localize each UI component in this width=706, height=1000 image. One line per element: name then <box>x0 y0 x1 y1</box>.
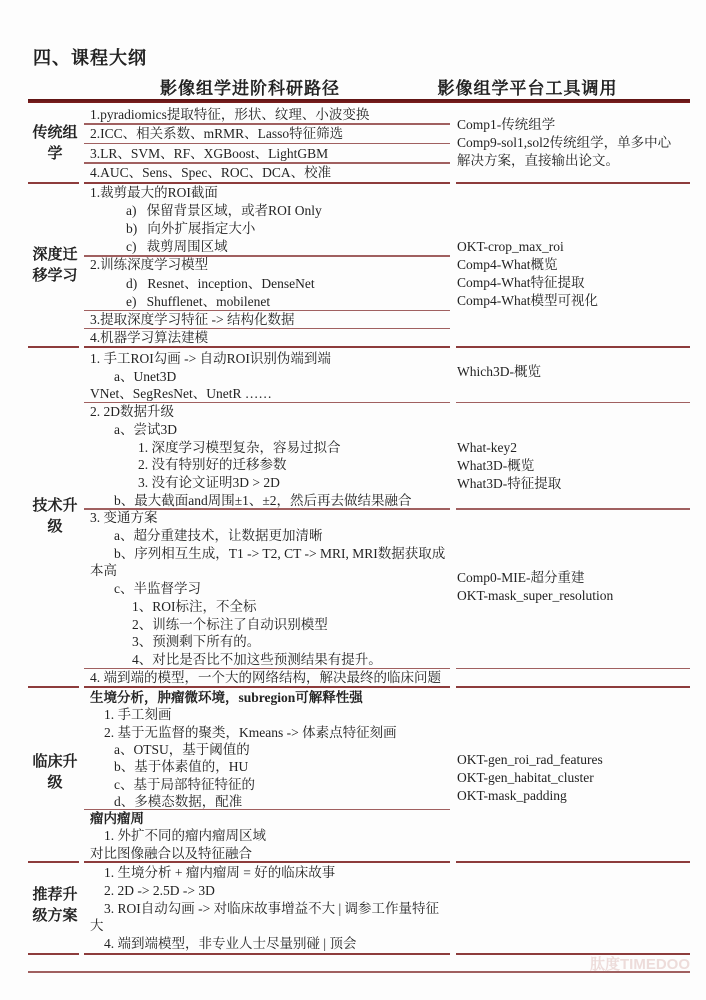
course-outline-page: 四、课程大纲 影像组学进阶科研路径 影像组学平台工具调用 传统组学1.pyrad… <box>0 0 706 1000</box>
outline-row: a、超分重建技术，让数据更加清晰 <box>90 527 476 545</box>
section-label: 传统组学 <box>28 123 82 165</box>
table-top-rule <box>28 99 690 103</box>
outline-row: 2.训练深度学习模型 <box>90 256 452 274</box>
outline-row: 4. 端到端模型，非专业人士尽量别碰 | 顶会 <box>90 935 466 953</box>
separator-segment <box>456 182 690 184</box>
outline-row: b) 向外扩展指定大小 <box>90 220 488 238</box>
separator-segment <box>456 686 690 688</box>
tool-call-group: OKT-crop_max_roi Comp4-What概览 Comp4-What… <box>457 238 693 310</box>
separator-segment <box>456 668 690 669</box>
outline-row: 1. 生境分析 + 瘤内瘤周 = 好的临床故事 <box>90 864 466 882</box>
section-label: 临床升级 <box>28 752 82 794</box>
page-title: 四、课程大纲 <box>33 44 147 70</box>
tool-call-group: Which3D-概览 <box>457 363 693 381</box>
outline-row: 3.提取深度学习特征 -> 结构化数据 <box>90 311 452 329</box>
section-label: 技术升级 <box>28 496 82 538</box>
column-header-platform-tools: 影像组学平台工具调用 <box>420 74 635 99</box>
outline-row: 生境分析，肿瘤微环境，subregion可解释性强 <box>90 689 452 706</box>
separator-segment <box>28 861 79 863</box>
outline-row: 1.pyradiomics提取特征，形状、纹理、小波变换 <box>90 105 452 124</box>
outline-row: b、基于体素值的，HU <box>90 758 476 775</box>
outline-row: 本高 <box>90 562 452 580</box>
separator-segment <box>28 346 79 348</box>
outline-row: a) 保留背景区域，或者ROI Only <box>90 202 488 220</box>
outline-row: 4. 端到端的模型，一个大的网络结构，解决最终的临床问题 <box>90 669 452 687</box>
separator-segment <box>456 508 690 509</box>
separator-segment <box>456 346 690 348</box>
outline-row: a、OTSU，基于阈值的 <box>90 741 476 758</box>
separator-segment <box>28 953 79 955</box>
outline-row: VNet、SegResNet、UnetR …… <box>90 385 452 403</box>
separator-segment <box>84 686 450 688</box>
outline-row: 2.ICC、相关系数、mRMR、Lasso特征筛选 <box>90 124 452 143</box>
outline-row: c) 裁剪周围区域 <box>90 238 488 256</box>
tool-call-group: What-key2 What3D-概览 What3D-特征提取 <box>457 439 693 493</box>
outline-row: d) Resnet、inception、DenseNet <box>90 275 488 293</box>
outline-row: b、序列相互生成，T1 -> T2, CT -> MRI, MRI数据获取成 <box>90 545 476 563</box>
outline-row: 1. 手工ROI勾画 -> 自动ROI识别伪端到端 <box>90 350 452 368</box>
separator-segment <box>28 686 79 688</box>
outline-row: 3、预测剩下所有的。 <box>90 633 494 651</box>
outline-row: 4.机器学习算法建模 <box>90 329 452 347</box>
outline-row: 瘤内瘤周 <box>90 810 452 827</box>
separator-segment <box>456 861 690 863</box>
outline-row: 2. 2D -> 2.5D -> 3D <box>90 882 466 900</box>
outline-row: 2. 没有特别好的迁移参数 <box>90 456 500 474</box>
tool-call-group: Comp0-MIE-超分重建 OKT-mask_super_resolution <box>457 569 693 605</box>
column-header-research-path: 影像组学进阶科研路径 <box>70 74 430 99</box>
separator-segment <box>456 402 690 403</box>
outline-row: 3. 变通方案 <box>90 509 452 527</box>
outline-row: 1. 手工刻画 <box>90 706 466 723</box>
outline-row: a、Unet3D <box>90 368 476 386</box>
outline-row: 1. 深度学习模型复杂，容易过拟合 <box>90 439 500 457</box>
outline-row: 3. 没有论文证明3D > 2D <box>90 474 500 492</box>
outline-row: a、尝试3D <box>90 421 476 439</box>
outline-row: c、基于局部特征特征的 <box>90 776 476 793</box>
outline-row: 3.LR、SVM、RF、XGBoost、LightGBM <box>90 144 452 163</box>
outline-row: d、多模态数据，配准 <box>90 793 476 810</box>
outline-row: 大 <box>90 917 452 935</box>
outline-row: 3. ROI自动勾画 -> 对临床故事增益不大 | 调参工作量特征 <box>90 900 466 918</box>
section-label: 推荐升级方案 <box>28 885 82 927</box>
outline-row: 1、ROI标注，不全标 <box>90 598 494 616</box>
tool-call-group: OKT-gen_roi_rad_features OKT-gen_habitat… <box>457 751 693 805</box>
outline-row: 4、对比是否比不加这些预测结果有提升。 <box>90 651 494 669</box>
outline-row: 2. 2D数据升级 <box>90 403 452 421</box>
outline-row: 2. 基于无监督的聚类，Kmeans -> 体素点特征刻画 <box>90 724 466 741</box>
outline-row: 2、训练一个标注了自动识别模型 <box>90 616 494 634</box>
separator-segment <box>84 953 450 955</box>
section-label: 深度迁移学习 <box>28 245 82 287</box>
outline-row: c、半监督学习 <box>90 580 476 598</box>
outline-row: b、最大截面and周围±1、±2，然后再去做结果融合 <box>90 492 476 510</box>
outline-row: e) Shufflenet、mobilenet <box>90 293 488 311</box>
outline-row: 1.裁剪最大的ROI截面 <box>90 184 452 202</box>
tool-call-group: Comp1-传统组学 Comp9-sol1,sol2传统组学，单多中心 解决方案… <box>457 116 693 170</box>
outline-row: 对比图像融合以及特征融合 <box>90 845 452 862</box>
outline-row: 4.AUC、Sens、Spec、ROC、DCA、校准 <box>90 163 452 182</box>
watermark: 肽度TIMEDOO <box>450 953 690 971</box>
separator-segment <box>28 182 79 184</box>
outline-row: 1. 外扩不同的瘤内瘤周区域 <box>90 827 466 844</box>
